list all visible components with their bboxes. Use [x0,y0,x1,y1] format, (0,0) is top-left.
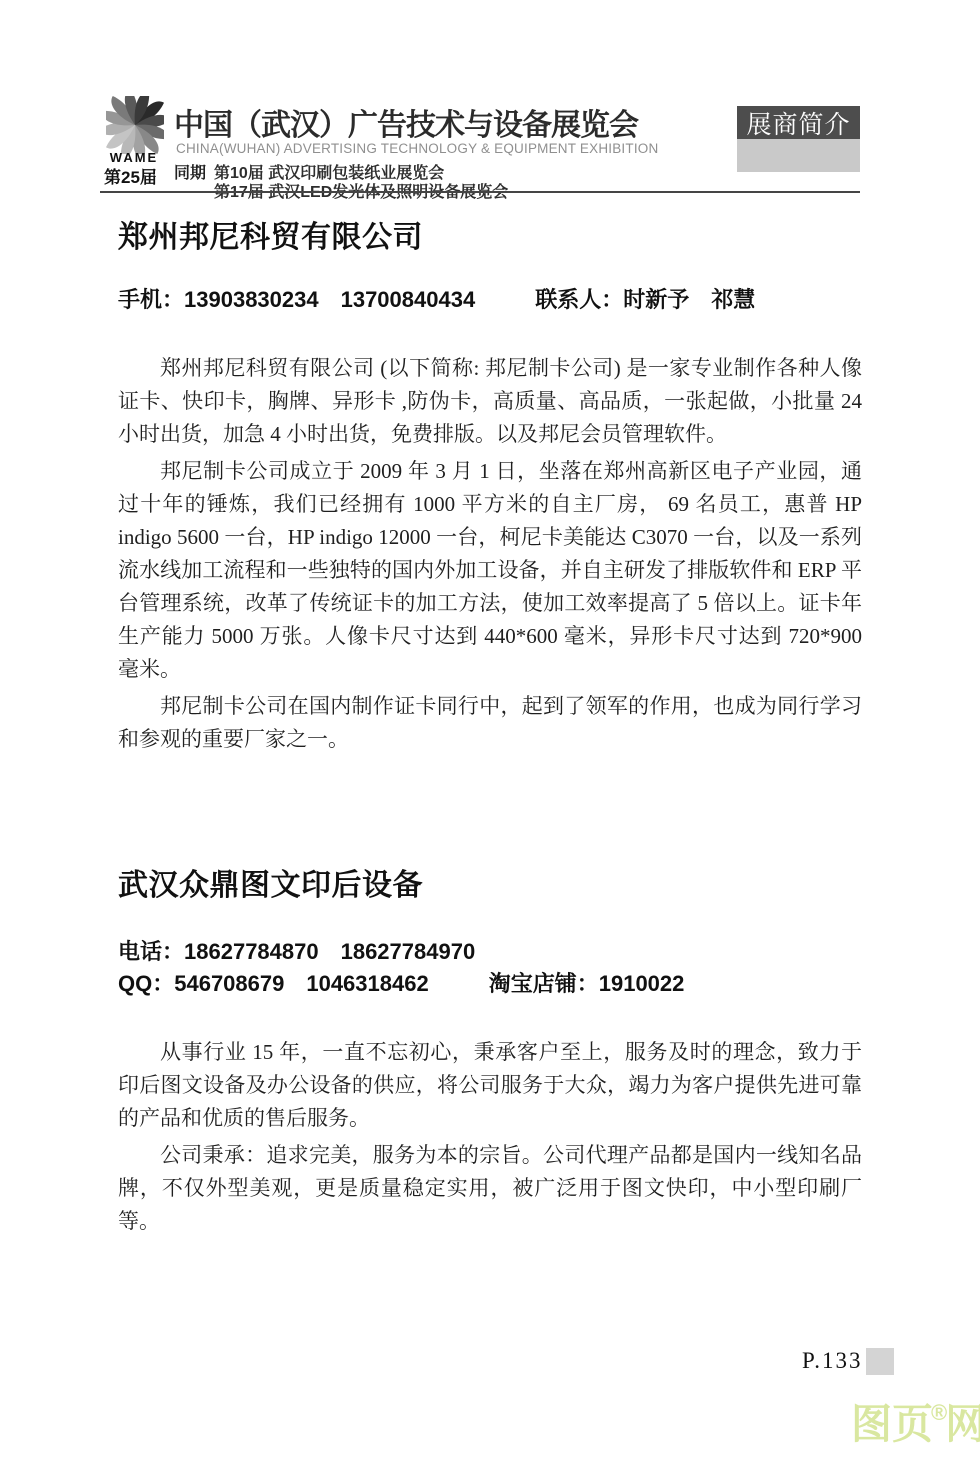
contact-row: 手机：13903830234 13700840434联系人：时新予 祁慧 [118,284,862,316]
badge-decoration [737,139,860,172]
watermark-text-right: 网 [945,1401,980,1447]
paragraph: 公司秉承：追求完美，服务为本的宗旨。公司代理产品都是国内一线知名品牌，不仅外型美… [118,1139,862,1238]
contact-value: 时新予 祁慧 [623,287,755,312]
page-number: P.133 [802,1348,863,1374]
contact-label: 联系人： [535,287,623,312]
contact-value: 13903830234 13700840434 [184,287,475,312]
watermark-text-left: 图页 [851,1401,933,1447]
company-section-1: 郑州邦尼科贸有限公司 手机：13903830234 13700840434联系人… [118,220,862,840]
header-rule [100,191,860,193]
contact-row: QQ：546708679 1046318462淘宝店铺：1910022 [118,968,862,1000]
footer-square-decoration [866,1348,894,1375]
contact-block: 手机：13903830234 13700840434联系人：时新予 祁慧 [118,284,862,316]
contact-row: 电话：18627784870 18627784970 [118,936,862,968]
paragraph: 邦尼制卡公司在国内制作证卡同行中，起到了领军的作用，也成为同行学习和参观的重要厂… [118,690,862,756]
catalog-page: WAME 第25届 中国（武汉）广告技术与设备展览会 CHINA(WUHAN) … [0,0,980,1459]
contact-label: 手机： [118,287,184,312]
contact-value: 1910022 [599,971,685,996]
paragraph: 从事行业 15 年，一直不忘初心，秉承客户至上，服务及时的理念，致力于印后图文设… [118,1036,862,1135]
badge-label: 展商简介 [737,106,860,139]
company-name: 武汉众鼎图文印后设备 [118,868,862,904]
logo-edition: 第25届 [104,163,166,188]
contact-value: 18627784870 18627784970 [184,939,475,964]
exhibition-title-en: CHINA(WUHAN) ADVERTISING TECHNOLOGY & EQ… [176,141,658,156]
company-section-2: 武汉众鼎图文印后设备 电话：18627784870 18627784970 QQ… [118,868,862,1288]
contact-label: QQ： [118,971,174,996]
company-name: 郑州邦尼科贸有限公司 [118,220,862,256]
contact-block: 电话：18627784870 18627784970 QQ：546708679 … [118,936,862,1000]
watermark-logo: 图页®网 [851,1402,980,1445]
exhibitor-profile-badge: 展商简介 [737,106,860,172]
paragraph: 邦尼制卡公司成立于 2009 年 3 月 1 日，坐落在郑州高新区电子产业园，通… [118,455,862,686]
contact-value: 546708679 1046318462 [174,971,428,996]
contact-label: 电话： [118,939,184,964]
concurrent-label: 同期 [174,160,206,183]
exhibition-title: 中国（武汉）广告技术与设备展览会 [174,100,638,144]
paragraph: 郑州邦尼科贸有限公司 (以下简称: 邦尼制卡公司) 是一家专业制作各种人像证卡、… [118,352,862,451]
contact-label: 淘宝店铺： [489,971,599,996]
company-description: 从事行业 15 年，一直不忘初心，秉承客户至上，服务及时的理念，致力于印后图文设… [118,1036,862,1242]
wame-starburst-icon [106,96,164,154]
company-description: 郑州邦尼科贸有限公司 (以下简称: 邦尼制卡公司) 是一家专业制作各种人像证卡、… [118,352,862,760]
